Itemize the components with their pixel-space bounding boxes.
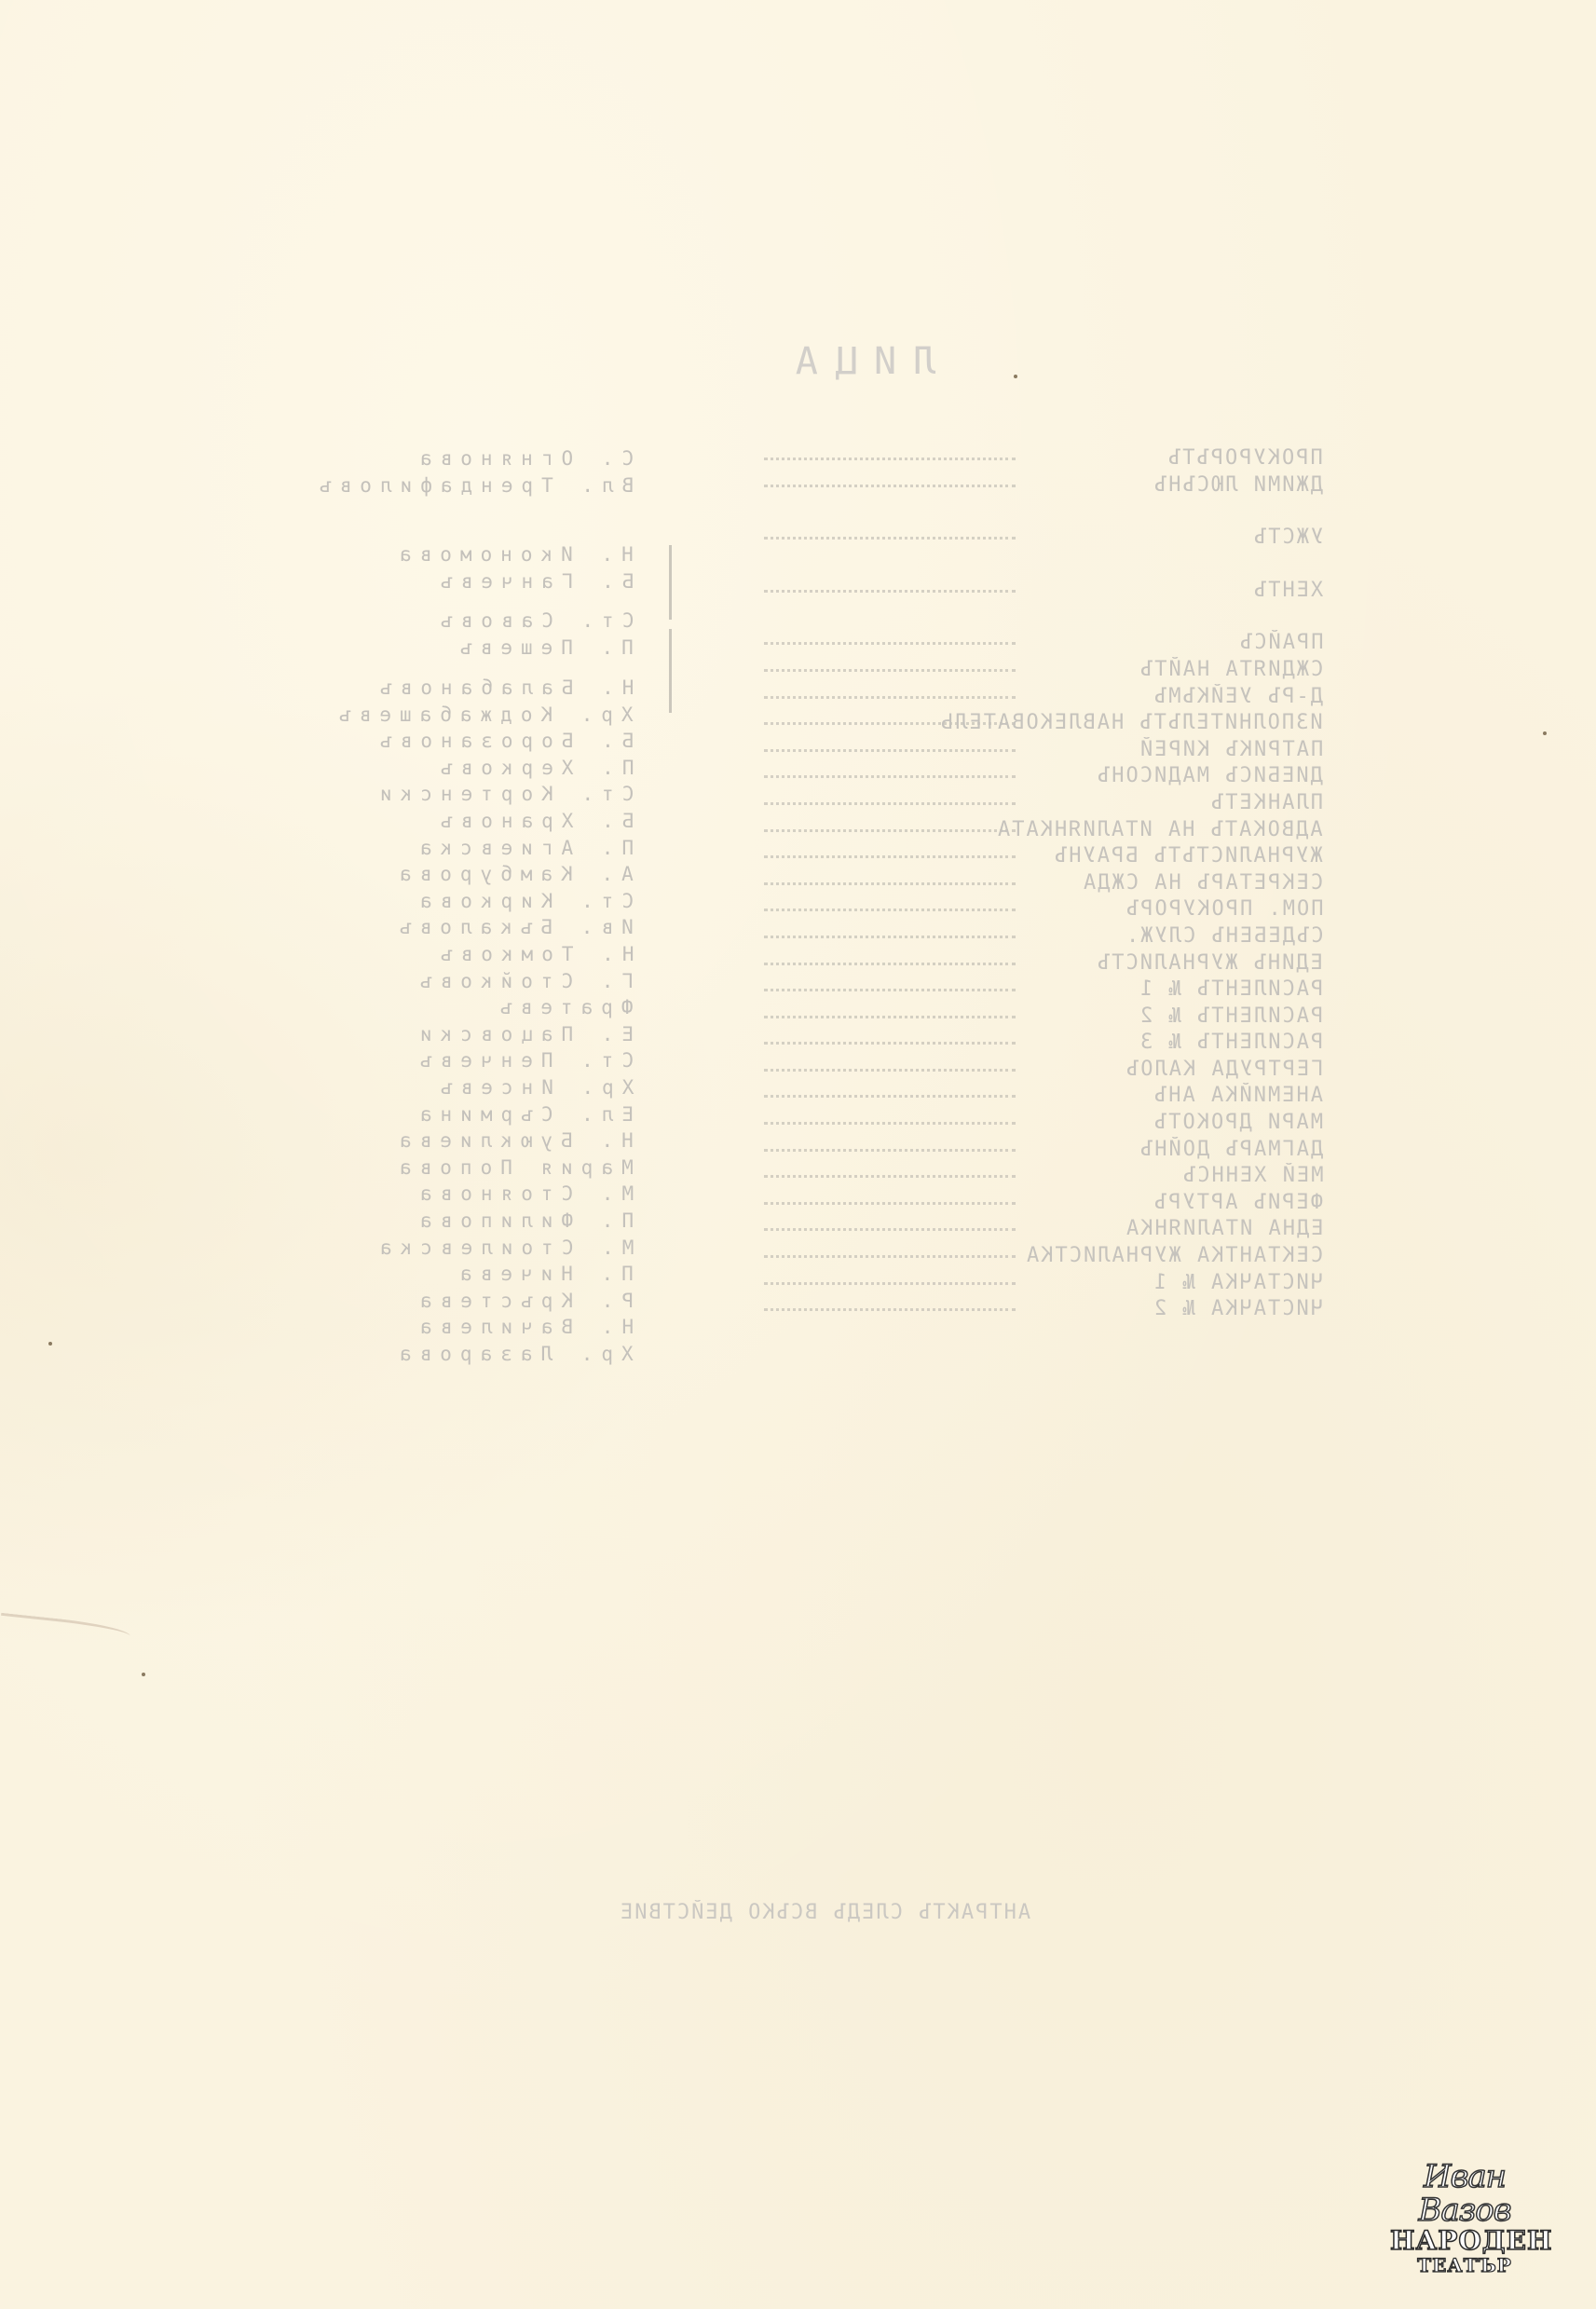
actor-name: П. Агиевска	[412, 835, 634, 861]
leader-dots	[764, 1282, 1016, 1285]
leader-dots	[764, 1308, 1016, 1311]
actor-name: Е. Пацовски	[412, 1021, 634, 1047]
actor-name: Б. Храновъ	[432, 808, 634, 834]
leader-dots	[764, 1202, 1016, 1205]
role-name: РАСИЛЕНТЪ № 3	[1139, 1030, 1323, 1056]
role-name: ДЖИМИ ЛЮСЪНЪ	[1153, 472, 1323, 499]
leader-dots	[764, 669, 1016, 672]
role-name: Д-РЪ УЕЙКЪМЪ	[1153, 684, 1323, 710]
logo-line2: ТЕАТЪР	[1390, 2255, 1539, 2275]
actor-name: Мария Попова	[391, 1154, 634, 1181]
actor-line: Вл. Трендафиловъ	[224, 472, 634, 499]
role-name: СЪДЕБЕНЪ СЛУЖ.	[1125, 923, 1323, 950]
role-line: АДВОКАТЪ НА ИТАЛИЯНКАТА	[801, 817, 1323, 844]
role-name: ПЛАНКЕТЪ	[1209, 790, 1323, 816]
actor-name: Хр. Инсевъ	[432, 1074, 634, 1100]
role-line	[801, 552, 1323, 578]
role-name: МЕЙ ХЕННСЪ	[1181, 1163, 1323, 1189]
paper-speck	[1543, 731, 1547, 735]
leader-dots	[764, 696, 1016, 699]
role-name: ЕДИНЪ ЖУРНАЛИСТЪ	[1096, 950, 1323, 977]
actor-line: Б. Ганчевъ	[224, 568, 634, 595]
leader-dots	[764, 1149, 1016, 1152]
actor-line: Н. Буюклиева	[224, 1127, 634, 1154]
actor-line: П. Агиевска	[224, 835, 634, 862]
leader-dots	[764, 1228, 1016, 1231]
actor-name: П. Филипова	[412, 1208, 634, 1234]
programme-page: ЛИЦА ПРОКУРОРЪТЪДЖИМИ ЛЮСЪНЪУЖСТЪХЕНТЪПР…	[0, 0, 1596, 2309]
role-line: СЪДЕБЕНЪ СЛУЖ.	[801, 923, 1323, 950]
role-name: ЖУРНАЛИСТЪТЪ БРАУНЪ	[1053, 843, 1323, 869]
leader-dots	[764, 590, 1016, 593]
actor-line: Хр. Коджабашевъ	[224, 702, 634, 729]
actor-name: Н. Икономова	[391, 541, 634, 567]
actor-line: Н. Балабановъ	[224, 675, 634, 702]
role-line: ФЕРИЪ АРТУРЪ	[801, 1190, 1323, 1217]
logo-script: Иван Вазов	[1390, 2160, 1539, 2227]
actor-line: Ст. Савовъ	[224, 608, 634, 635]
role-line: ЕДИНЪ ЖУРНАЛИСТЪ	[801, 950, 1323, 977]
leader-dots	[764, 829, 1016, 832]
actor-line: С. Огнянова	[224, 445, 634, 472]
role-name: ПРАЙСЪ	[1238, 630, 1323, 656]
actor-name: Б. Ганчевъ	[432, 568, 634, 594]
leader-dots	[764, 485, 1016, 487]
actor-name: Н. Буюклиева	[391, 1127, 634, 1154]
actor-line: Ив. Бъкаловъ	[224, 914, 634, 941]
cast-heading: ЛИЦА	[736, 340, 978, 383]
leader-dots	[764, 1175, 1016, 1178]
role-line: ПАТРИКЪ КИРЕЙ	[801, 737, 1323, 764]
brace-mark	[669, 629, 681, 713]
leader-dots	[764, 1016, 1016, 1018]
actor-line: Хр. Лазарова	[224, 1341, 634, 1368]
leader-dots	[764, 749, 1016, 752]
role-line	[801, 604, 1323, 630]
role-line	[801, 499, 1323, 525]
actor-line: Ст. Киркова	[224, 888, 634, 915]
actor-line: Хр. Инсевъ	[224, 1074, 634, 1101]
role-line: ЕДНА ИТАЛИЯНКА	[801, 1216, 1323, 1243]
role-line: ЖУРНАЛИСТЪТЪ БРАУНЪ	[801, 843, 1323, 870]
role-line: Д-РЪ УЕЙКЪМЪ	[801, 684, 1323, 711]
role-name: СЕКТАНТКА ЖУРНАЛИСТКА	[1025, 1243, 1323, 1269]
role-name: ФЕРИЪ АРТУРЪ	[1153, 1190, 1323, 1216]
role-line: СЕКРЕТАРЪ НА СЖДА	[801, 870, 1323, 897]
actor-line: Р. Кръстева	[224, 1288, 634, 1315]
role-name: ДИЕБИСЪ МАДИСОНЪ	[1096, 763, 1323, 789]
leader-dots	[764, 1095, 1016, 1098]
actor-line: Б. Борозановъ	[224, 728, 634, 755]
roles-column: ПРОКУРОРЪТЪДЖИМИ ЛЮСЪНЪУЖСТЪХЕНТЪПРАЙСЪС…	[801, 445, 1323, 1323]
role-line: ГЕРТРУДА КАЛОЪ	[801, 1057, 1323, 1084]
actor-name: Фратевъ	[492, 994, 634, 1020]
role-name: ИЗПОЛНИТЕЛЪТЪ НАВЛЕКОВАТЕЛЬ	[939, 710, 1323, 736]
actor-line: П. Ничева	[224, 1261, 634, 1288]
leader-dots	[764, 909, 1016, 911]
actor-name: Ст. Пенчевъ	[412, 1047, 634, 1073]
leader-dots	[764, 1069, 1016, 1072]
role-line: АНЕМИЙКА АНЪ	[801, 1083, 1323, 1110]
actor-name: Н. Томковъ	[432, 941, 634, 967]
role-line: СЖДИЯТА НАЙТЪ	[801, 657, 1323, 684]
actor-name: А. Камбурова	[391, 861, 634, 887]
actor-name: П. Ничева	[452, 1261, 634, 1287]
actor-line: А. Камбурова	[224, 861, 634, 888]
leader-dots	[764, 936, 1016, 938]
role-name: ПРОКУРОРЪТЪ	[1166, 445, 1323, 471]
leader-dots	[764, 1255, 1016, 1258]
role-name: СЕКРЕТАРЪ НА СЖДА	[1082, 870, 1323, 896]
actor-line: Фратевъ	[224, 994, 634, 1021]
actor-name: Г. Стойковъ	[412, 968, 634, 994]
actor-line: Г. Стойковъ	[224, 968, 634, 995]
actor-name: Р. Кръстева	[412, 1288, 634, 1314]
role-line: РАСИЛЕНТЪ № 3	[801, 1030, 1323, 1057]
role-name: РАСИЛЕНТЪ № 2	[1139, 1004, 1323, 1030]
actor-line: П. Филипова	[224, 1208, 634, 1235]
role-name: АДВОКАТЪ НА ИТАЛИЯНКАТА	[996, 817, 1323, 843]
role-name: ЧИСТАЧКА № 1	[1153, 1270, 1323, 1296]
actor-name: Хр. Коджабашевъ	[331, 702, 634, 728]
actor-line: М. Стоянова	[224, 1181, 634, 1208]
actor-line: Н. Томковъ	[224, 941, 634, 968]
leader-dots	[764, 1122, 1016, 1125]
role-line: ИЗПОЛНИТЕЛЪТЪ НАВЛЕКОВАТЕЛЬ	[801, 710, 1323, 737]
actor-line: П. Херковъ	[224, 755, 634, 782]
leader-dots	[764, 458, 1016, 460]
actor-line: Ст. Пенчевъ	[224, 1047, 634, 1074]
actor-line: Б. Храновъ	[224, 808, 634, 835]
role-line: РАСИЛЕНТЪ № 2	[801, 1004, 1323, 1031]
leader-dots	[764, 989, 1016, 991]
role-name: УЖСТЪ	[1252, 525, 1323, 551]
actor-name: Ст. Савовъ	[432, 608, 634, 634]
actor-name: Н. Балабановъ	[372, 675, 634, 701]
actor-name: П. Херковъ	[432, 755, 634, 781]
paper-speck	[142, 1673, 145, 1676]
role-name: РАСИЛЕНТЪ № 1	[1139, 977, 1323, 1003]
role-line: ЧИСТАЧКА № 1	[801, 1270, 1323, 1297]
leader-dots	[764, 642, 1016, 645]
actor-line: Н. Вачилева	[224, 1314, 634, 1341]
leader-dots	[764, 963, 1016, 965]
role-line: ЧИСТАЧКА № 2	[801, 1296, 1323, 1323]
role-line: ДАГМАРЪ ДОЙНЪ	[801, 1137, 1323, 1164]
actor-name: С. Огнянова	[412, 445, 634, 471]
role-line: МЕЙ ХЕННСЪ	[801, 1163, 1323, 1190]
actor-line: Н. Икономова	[224, 541, 634, 568]
actor-name: Ст. Киркова	[412, 888, 634, 914]
paper-crease	[0, 1613, 131, 1643]
actor-line: П. Пешевъ	[224, 635, 634, 662]
role-name: ГЕРТРУДА КАЛОЪ	[1125, 1057, 1323, 1083]
role-name: ПАТРИКЪ КИРЕЙ	[1139, 737, 1323, 763]
actor-name: Хр. Лазарова	[391, 1341, 634, 1367]
role-name: ХЕНТЪ	[1252, 578, 1323, 604]
role-line: РАСИЛЕНТЪ № 1	[801, 977, 1323, 1004]
role-name: МАРИ ДРОКОТЪ	[1153, 1110, 1323, 1136]
paper-speck	[1014, 375, 1017, 378]
intermission-note: АНТРАКТЪ СЛЕДЪ ВСЪКО ДЕЙСТВИЕ	[471, 1901, 1179, 1924]
national-theatre-logo: Иван Вазов НАРОДЕН ТЕАТЪР	[1390, 2160, 1539, 2275]
actor-name: Н. Вачилева	[412, 1314, 634, 1340]
actor-line: Мария Попова	[224, 1154, 634, 1182]
leader-dots	[764, 1042, 1016, 1045]
actor-line: М. Стоилевска	[224, 1235, 634, 1262]
actor-name: П. Пешевъ	[452, 635, 634, 661]
role-line: УЖСТЪ	[801, 525, 1323, 552]
actor-name: М. Стоянова	[412, 1181, 634, 1207]
role-line: ДИЕБИСЪ МАДИСОНЪ	[801, 763, 1323, 790]
actor-name: М. Стоилевска	[372, 1235, 634, 1261]
role-name: СЖДИЯТА НАЙТЪ	[1139, 657, 1323, 683]
logo-line1: НАРОДЕН	[1390, 2227, 1539, 2255]
role-name: ПОМ. ПРОКУРОРЪ	[1125, 896, 1323, 922]
role-line: ПОМ. ПРОКУРОРЪ	[801, 896, 1323, 923]
role-name: АНЕМИЙКА АНЪ	[1153, 1083, 1323, 1109]
role-line: ДЖИМИ ЛЮСЪНЪ	[801, 472, 1323, 499]
leader-dots	[764, 537, 1016, 540]
role-line: МАРИ ДРОКОТЪ	[801, 1110, 1323, 1137]
leader-dots	[764, 802, 1016, 805]
role-name: ЕДНА ИТАЛИЯНКА	[1125, 1216, 1323, 1242]
actor-name: Ст. Кортенски	[372, 781, 634, 807]
paper-speck	[48, 1342, 52, 1346]
role-line: ПЛАНКЕТЪ	[801, 790, 1323, 817]
leader-dots	[764, 882, 1016, 885]
actor-name: Б. Борозановъ	[372, 728, 634, 754]
leader-dots	[764, 855, 1016, 858]
role-line: ПРОКУРОРЪТЪ	[801, 445, 1323, 472]
brace-mark	[669, 545, 681, 620]
role-line: СЕКТАНТКА ЖУРНАЛИСТКА	[801, 1243, 1323, 1270]
role-name: ДАГМАРЪ ДОЙНЪ	[1139, 1137, 1323, 1163]
actor-line: Ел. Сърмина	[224, 1101, 634, 1128]
leader-dots	[764, 775, 1016, 778]
actor-name: Ив. Бъкаловъ	[391, 914, 634, 940]
actor-line: Е. Пацовски	[224, 1021, 634, 1048]
role-line: ПРАЙСЪ	[801, 630, 1323, 657]
role-line: ХЕНТЪ	[801, 578, 1323, 605]
actor-line: Ст. Кортенски	[224, 781, 634, 808]
actor-name: Вл. Трендафиловъ	[311, 472, 634, 499]
actor-name: Ел. Сърмина	[412, 1101, 634, 1127]
role-name: ЧИСТАЧКА № 2	[1153, 1296, 1323, 1322]
